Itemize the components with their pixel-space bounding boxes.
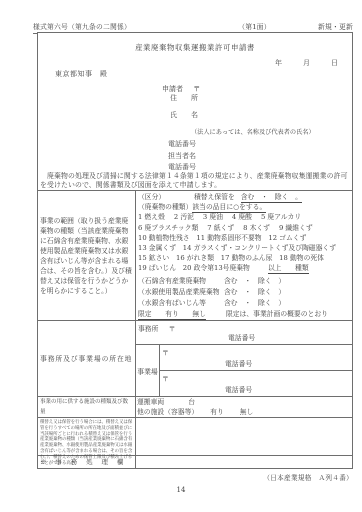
name-label: 氏 名	[170, 110, 198, 120]
applicant-label: 申請者	[162, 85, 183, 93]
form-page: 様式第六号（第九条の二関係） （第1面） 新規・更新 産業廃棄物収集運搬業許可申…	[0, 0, 362, 512]
transfer-storage-note: 積替え又は保管を行う場合には、積替え又は保管を行うすべての場所の所在地及び面積並…	[38, 418, 136, 455]
waste-items-line: 13 金属くず 14 ガラスくず・コンクリートくず及び陶磁器くず	[138, 243, 352, 253]
worksite-address-cell-1: 〒 電話番号	[160, 345, 352, 371]
business-scope-row: 事業の範囲（取り扱う産業廃棄物の種類（当該産業廃棄物に石綿含有産業廃棄物、水銀使…	[38, 191, 352, 321]
postal-mark: 〒	[193, 85, 200, 93]
mercury-dust-line: （水銀含有ばいじん等含む ・ 除く ）	[138, 298, 352, 309]
total-kinds-blank: 以上 種類	[268, 264, 309, 274]
phone-label-2: 電話番号	[168, 162, 196, 172]
offices-row: 事務所及び事業場の所在地 事務所 〒 電話番号 事業場	[38, 321, 352, 397]
phone-label: 電話番号	[225, 384, 252, 394]
facilities-row-label: 事業の用に供する施設の種類及び数量	[38, 397, 136, 417]
phone-label: 電話番号	[168, 139, 196, 149]
transfer-storage-note-blank	[136, 418, 352, 455]
vehicle-unit: 台	[188, 398, 195, 406]
transfer-storage-text: 積替え保管を	[194, 193, 235, 201]
no-option: 無し	[240, 408, 254, 416]
admin-processing-label: ※ 事 務 処 理 欄	[38, 456, 136, 468]
phone-label: 電話番号	[225, 358, 252, 368]
circle-instruction: 該当の品目に○をする。	[192, 203, 266, 213]
asbestos-line: （石綿含有産業廃棄物含む ・ 除く ）	[138, 276, 352, 287]
waste-type-line: （廃棄物の種類）該当の品目に○をする。	[138, 202, 352, 212]
page-number: 14	[0, 486, 362, 494]
declaration-line-1: 廃棄物の処理及び清掃に関する法律第１４条第１項の規定により、産業廃棄物収集運搬業…	[40, 172, 351, 181]
form-box: 産業廃棄物収集運搬業許可申請書 年 月 日 東京都知事 殿 申請者 〒 住 所 …	[37, 32, 353, 469]
contact-person-label: 担当者名	[168, 151, 196, 161]
waste-type-label: （廃棄物の種類）	[138, 203, 192, 211]
postal-mark: 〒	[169, 325, 176, 333]
offices-row-content: 事務所 〒 電話番号 事業場 〒 電話番号	[136, 321, 352, 396]
category-line: （区分）積替え保管を含む ・ 除く 。	[138, 192, 352, 202]
facilities-row: 事業の用に供する施設の種類及び数量 運搬車両台 他の施設（容器等）有り無し	[38, 397, 352, 418]
other-facilities-label: 他の施設（容器等）	[137, 408, 198, 416]
include-exclude-choice: 含む ・ 除く 。	[241, 193, 302, 203]
waste-items-line: 10 動植物性残さ 11 動物系固形不要物 12 ゴムくず	[138, 233, 352, 243]
date-field: 年 月 日	[275, 58, 338, 68]
business-scope-label: 事業の範囲（取り扱う産業廃棄物の種類（当該産業廃棄物に石綿含有産業廃棄物、水銀使…	[38, 191, 136, 320]
yes-option: 有り	[210, 408, 224, 416]
addressee: 東京都知事 殿	[55, 69, 108, 79]
facilities-row-content: 運搬車両台 他の施設（容器等）有り無し	[136, 397, 352, 417]
paper-standard-note: （日本産業規格 Ａ列４番）	[263, 472, 353, 482]
postal-mark: 〒	[162, 349, 169, 357]
waste-items-line: 1 燃え殻 2 汚泥 3 廃油 4 廃酸 5 廃アルカリ	[138, 212, 352, 222]
office-label: 事務所	[138, 325, 158, 333]
waste-items-line: 6 廃プラスチック類 7 紙くず 8 木くず 9 繊維くず	[138, 223, 352, 233]
postal-mark: 〒	[162, 375, 169, 383]
worksite-section: 事業場 〒 電話番号 〒 電話番号	[136, 345, 352, 396]
form-style-number: 様式第六号（第九条の二関係）	[33, 21, 131, 31]
limitation-choice: 限定 有り 無し	[138, 310, 206, 320]
vehicle-label: 運搬車両	[137, 398, 164, 406]
limitation-line: 限定 有り 無し限定は、事業計画の概要のとおり	[138, 309, 352, 320]
waste-items-line: 15 鉱さい 16 がれき類 17 動物のふん尿 18 動物の死体	[138, 253, 352, 263]
mercury-product-line: （水銀使用製品産業廃棄物含む ・ 除く ）	[138, 287, 352, 298]
transfer-storage-note-row: 積替え又は保管を行う場合には、積替え又は保管を行うすべての場所の所在地及び面積並…	[38, 418, 352, 456]
form-title: 産業廃棄物収集運搬業許可申請書	[38, 42, 352, 53]
waste-items-line: 19 ばいじん 20 政令第13号廃棄物以上 種類	[138, 263, 352, 273]
admin-processing-row: ※ 事 務 処 理 欄	[38, 456, 352, 468]
declaration-paragraph: 廃棄物の処理及び清掃に関する法律第１４条第１項の規定により、産業廃棄物収集運搬業…	[40, 172, 351, 191]
category-label: （区分）	[138, 192, 194, 202]
other-facilities-line: 他の施設（容器等）有り無し	[137, 408, 352, 418]
phone-label: 電話番号	[228, 332, 255, 342]
corporate-note: （法人にあっては、名称及び代表者の氏名）	[191, 127, 315, 136]
admin-processing-blank	[136, 456, 352, 468]
worksite-label: 事業場	[136, 345, 160, 396]
office-address-cell: 事務所 〒 電話番号	[136, 321, 352, 345]
sheet-number: （第1面）	[238, 21, 271, 31]
new-or-renewal-label: 新規・更新	[318, 21, 353, 31]
business-scope-content: （区分）積替え保管を含む ・ 除く 。 （廃棄物の種類）該当の品目に○をする。 …	[136, 191, 352, 320]
application-table: 事業の範囲（取り扱う産業廃棄物の種類（当該産業廃棄物に石綿含有産業廃棄物、水銀使…	[38, 190, 352, 468]
address-label: 住 所	[170, 93, 198, 103]
offices-row-label: 事務所及び事業場の所在地	[38, 321, 136, 396]
limitation-note: 限定は、事業計画の概要のとおり	[226, 310, 328, 318]
vehicle-line: 運搬車両台	[137, 398, 352, 408]
worksite-address-cell-2: 〒 電話番号	[160, 371, 352, 396]
